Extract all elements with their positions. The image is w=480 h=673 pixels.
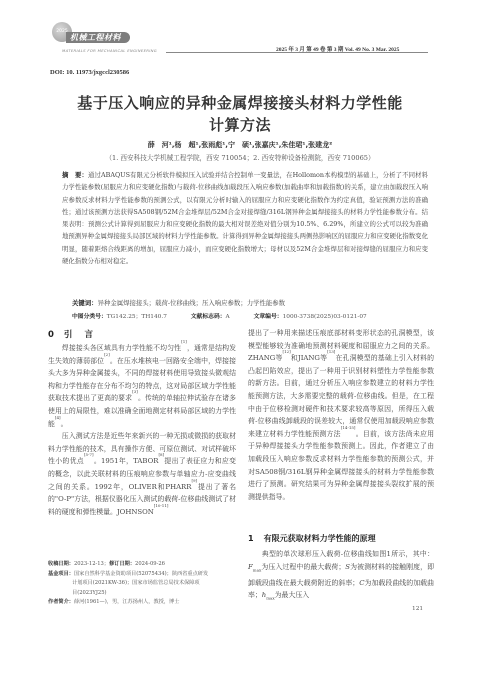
right-column-body: 提出了一种用来描述压痕底部材料变形状态的孔洞模型，该模型能够较为准确地预测材料硬…	[248, 327, 434, 503]
journal-name-en: MATERIALS FOR MECHANICAL ENGINEERING	[62, 48, 157, 53]
footnotes: 收稿日期：2023-12-13；修订日期：2024-09-26 基金项目：国家自…	[48, 560, 238, 608]
doc-code-label: 文献标志码：	[191, 314, 226, 320]
title-line-2: 计算方法	[40, 114, 440, 136]
issue-info: 2025 年 3 月 第 49 卷 第 3 期 Vol. 49 No. 3 Ma…	[276, 45, 399, 53]
citation[interactable]: [14-15]	[341, 425, 356, 430]
fund-info-cont: 计划项目(2021KW-36)；国家市场监管总局技术保障项	[48, 579, 238, 589]
abstract-text: 通过ABAQUS有限元分析软件模拟压入试验并结合控制单一变量法，在Hollomo…	[62, 171, 428, 265]
section-0-heading: 0引言	[48, 328, 93, 340]
intro-paragraph-3: 提出了一种用来描述压痕底部材料变形状态的孔洞模型，该模型能够较为准确地预测材料硬…	[248, 327, 434, 503]
abstract-label: 摘 要：	[62, 171, 88, 179]
clc-label: 中图分类号：	[72, 314, 107, 320]
keywords-text: 异种金属焊接接头；载荷-位移曲线；压入响应参数；力学性能参数	[98, 299, 286, 307]
section-1-paragraph-1: 典型的单次球形压入载荷-位移曲线如图1所示，其中：Fmax为压入过程中的最大载荷…	[248, 548, 434, 605]
affiliation: （1. 西安科技大学机械工程学院，西安 710054；2. 西安特种设备检测院，…	[40, 152, 440, 162]
citation[interactable]: [12]	[283, 349, 291, 354]
article-title: 基于压入响应的异种金属焊接接头材料力学性能 计算方法	[40, 92, 440, 136]
section-title-part: 引	[64, 330, 73, 340]
intro-paragraph-1: 焊接接头各区域具有力学性能不均匀性[1]，通常是结构发生失效的薄弱部位[2]。在…	[48, 342, 236, 430]
authors: 薛 河¹,杨 超¹,张雨彪¹,宁 硕¹,张嘉庆¹,朱佳珺¹,张建龙²	[40, 140, 440, 150]
section-number: 1	[248, 534, 254, 543]
doi: DOI: 10. 11973/jxgccl230586	[50, 69, 129, 76]
section-number: 0	[48, 330, 54, 340]
keywords: 关键词：异种金属焊接接头；载荷-位移曲线；压入响应参数；力学性能参数	[72, 298, 428, 307]
article-id-value: 1000-3738(2025)03-0121-07	[283, 314, 367, 320]
left-column-body: 焊接接头各区域具有力学性能不均匀性[1]，通常是结构发生失效的薄弱部位[2]。在…	[48, 342, 236, 518]
title-line-1: 基于压入响应的异种金属焊接接头材料力学性能	[40, 92, 440, 114]
article-id-label: 文章编号：	[254, 314, 283, 320]
clc-value: TG142.25；TH140.7	[107, 314, 167, 320]
fund-info: 基金项目：国家自然科学基金资助项目(52075434)；陕西省重点研发	[48, 570, 238, 580]
author-bio: 作者简介：薛河(1961—)，男，江苏扬州人，教授，博士	[48, 598, 238, 608]
page-number: 121	[412, 606, 423, 612]
doc-code-value: A	[226, 314, 230, 320]
citation[interactable]: [5-7]	[84, 452, 94, 457]
keywords-label: 关键词：	[72, 299, 98, 307]
abstract: 摘 要：通过ABAQUS有限元分析软件模拟压入试验并结合控制单一变量法，在Hol…	[62, 169, 428, 267]
section-title: 有限元获取材料力学性能的原理	[264, 534, 376, 543]
journal-name-cn: 机械工程材料	[70, 32, 121, 43]
citation[interactable]: [10-11]	[154, 503, 169, 508]
received-date: 收稿日期：2023-12-13；修订日期：2024-09-26	[48, 560, 238, 570]
classification-row: 中图分类号：TG142.25；TH140.7 文献标志码：A 文章编号：1000…	[72, 311, 432, 320]
section-1-heading: 1有限元获取材料力学性能的原理	[248, 533, 376, 544]
section-1-body: 典型的单次球形压入载荷-位移曲线如图1所示，其中：Fmax为压入过程中的最大载荷…	[248, 548, 434, 605]
section-title-part: 言	[84, 330, 93, 340]
intro-paragraph-2: 压入测试方法是近些年来新兴的一种无损或微损的获取材料力学性能的技术，具有操作方便…	[48, 430, 236, 518]
fund-info-cont: 目(2023YJ25)	[48, 589, 238, 599]
